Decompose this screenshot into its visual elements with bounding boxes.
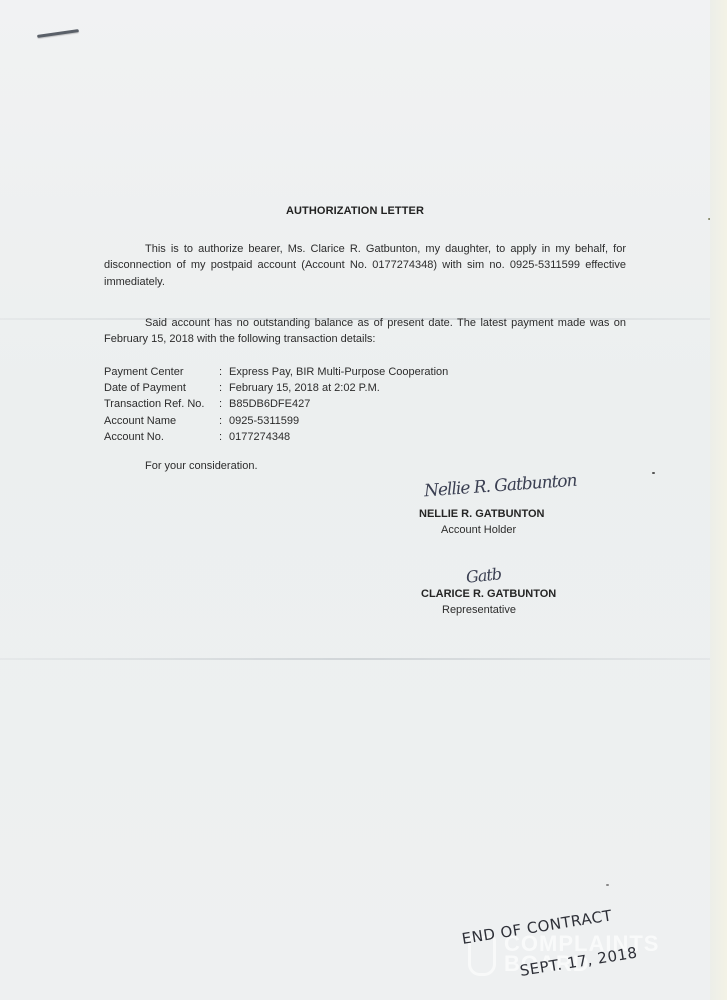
detail-value: Express Pay, BIR Multi-Purpose Cooperati…	[229, 364, 448, 380]
detail-value: B85DB6DFE427	[229, 396, 310, 412]
detail-value: February 15, 2018 at 2:02 P.M.	[229, 380, 380, 396]
detail-separator: :	[219, 380, 229, 396]
detail-value: 0925-5311599	[229, 413, 299, 429]
paragraph-balance: Said account has no outstanding balance …	[104, 315, 626, 348]
detail-value: 0177274348	[229, 429, 290, 445]
signatory-representative: CLARICE R. GATBUNTON Representative	[421, 588, 556, 616]
signature-clarice: Gatb	[465, 564, 502, 587]
detail-separator: :	[219, 364, 229, 380]
fold-line	[0, 658, 710, 660]
detail-separator: :	[219, 396, 229, 412]
scanned-page: AUTHORIZATION LETTER This is to authoriz…	[0, 0, 710, 1000]
detail-label: Payment Center	[104, 364, 219, 380]
paragraph-authorization-text: This is to authorize bearer, Ms. Clarice…	[104, 243, 626, 288]
detail-label: Account No.	[104, 429, 219, 445]
paper-edge	[710, 0, 727, 1000]
detail-row-date-of-payment: Date of Payment : February 15, 2018 at 2…	[104, 380, 448, 396]
detail-label: Date of Payment	[104, 380, 219, 396]
signature-nellie: Nellie R. Gatbunton	[423, 471, 577, 502]
signatory-name: CLARICE R. GATBUNTON	[421, 588, 556, 600]
closing-line: For your consideration.	[145, 460, 258, 472]
signatory-account-holder: NELLIE R. GATBUNTON Account Holder	[419, 508, 544, 536]
paragraph-balance-text: Said account has no outstanding balance …	[104, 317, 626, 345]
detail-row-transaction-ref: Transaction Ref. No. : B85DB6DFE427	[104, 396, 448, 412]
detail-row-account-no: Account No. : 0177274348	[104, 429, 448, 445]
detail-separator: :	[219, 429, 229, 445]
paper-speck	[652, 472, 655, 474]
paragraph-authorization: This is to authorize bearer, Ms. Clarice…	[104, 241, 626, 290]
detail-separator: :	[219, 413, 229, 429]
detail-row-payment-center: Payment Center : Express Pay, BIR Multi-…	[104, 364, 448, 380]
detail-label: Account Name	[104, 413, 219, 429]
detail-row-account-name: Account Name : 0925-5311599	[104, 413, 448, 429]
transaction-details: Payment Center : Express Pay, BIR Multi-…	[104, 364, 448, 445]
paper-speck	[606, 884, 609, 886]
signatory-name: NELLIE R. GATBUNTON	[419, 508, 544, 520]
signatory-role: Account Holder	[441, 524, 544, 536]
staple-mark	[37, 29, 79, 38]
detail-label: Transaction Ref. No.	[104, 396, 219, 412]
signatory-role: Representative	[442, 604, 556, 616]
letter-title: AUTHORIZATION LETTER	[0, 205, 710, 217]
